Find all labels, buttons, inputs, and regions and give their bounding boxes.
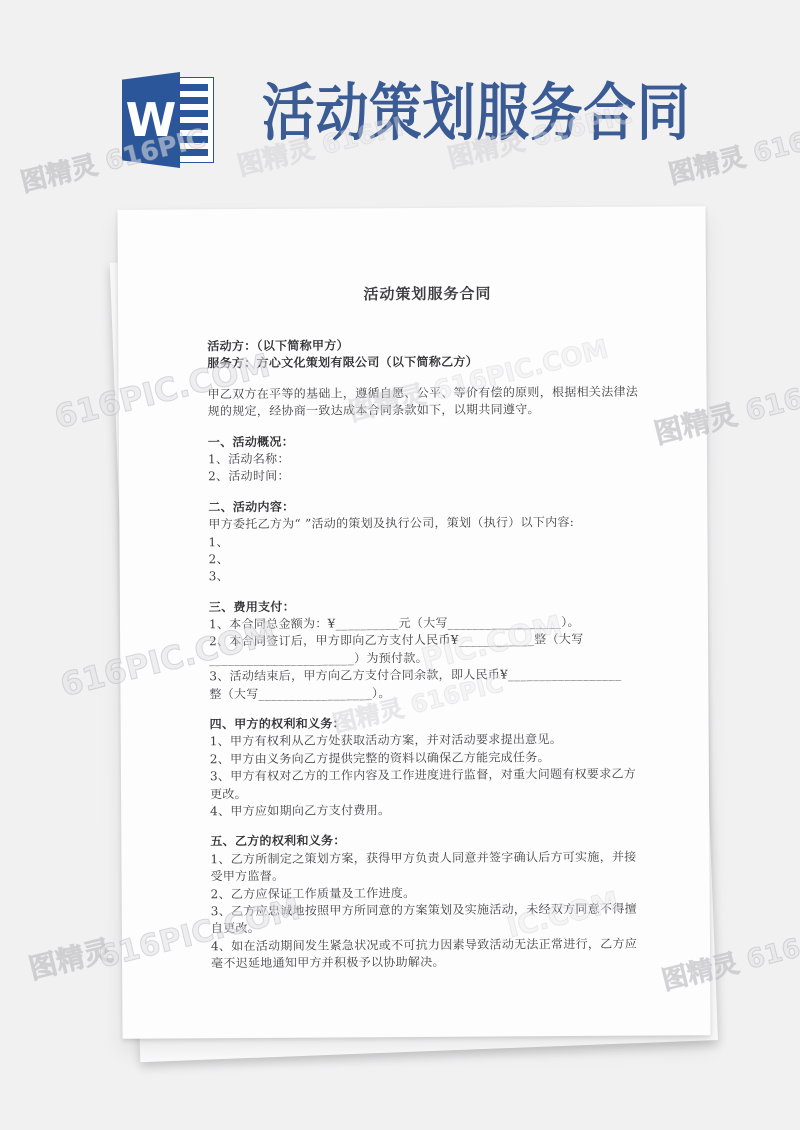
document-line: 3、活动结束后，甲方向乙方支付合同余款，即人民币¥_______________… [209,666,650,686]
document-line: 1、乙方所制定之策划方案，获得甲方负责人同意并签字确认后方可实施，并接 [210,848,651,868]
document-body: 活动方：（以下简称甲方）服务方：方心文化策划有限公司（以下简称乙方）甲乙双方在平… [207,336,652,973]
paper-stack: 活动策划服务合同 活动方：（以下简称甲方）服务方：方心文化策划有限公司（以下简称… [0,0,800,1130]
document-line: 4、如在活动期间发生紧急状况或不可抗力因素导致活动无法正常进行，乙方应 [211,935,652,955]
document-line: 甲乙双方在平等的基础上，遵循自愿、公平、等价有偿的原则，根据相关法律法 [208,383,649,403]
document-line: 毫不迟延地通知甲方并积极予以协助解决。 [211,953,652,973]
document-page: 活动策划服务合同 活动方：（以下简称甲方）服务方：方心文化策划有限公司（以下简称… [117,206,710,1039]
document-title: 活动策划服务合同 [207,282,648,307]
document-line: 3、乙方应忠诚地按照甲方所同意的方案策划及实施活动，未经双方同意不得擅 [211,900,652,920]
document-line: 3、甲方有权对乙方的工作内容及工作进度进行监督，对重大问题有权要求乙方 [210,766,651,786]
